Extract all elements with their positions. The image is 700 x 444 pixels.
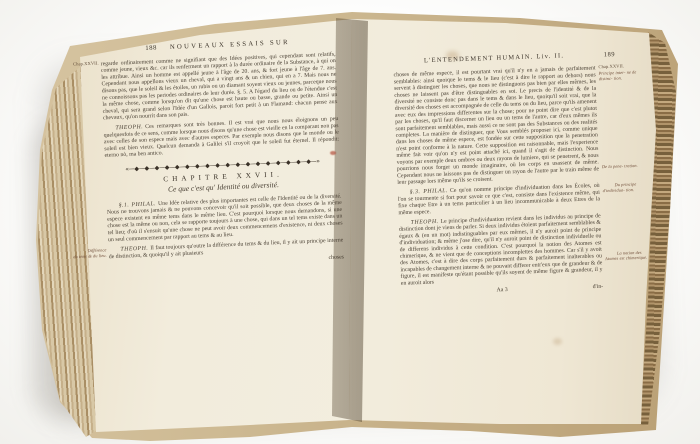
paragraph: La notion des Atomes est chimerique. THE…: [399, 212, 603, 286]
paragraph-text: Ces remarques sont très bonnes. Il est v…: [104, 115, 340, 158]
margin-note-chapter: Chap.XXVII.: [63, 60, 99, 67]
foxing-stain: [553, 338, 562, 345]
left-folio: 188: [145, 44, 157, 51]
margin-note: La notion des Atomes est chimerique.: [605, 250, 650, 262]
paragraph: Du principe d'individua- tion. §.3. PHIL…: [398, 182, 601, 216]
left-page-text: 188 NOUVEAUX ESSAIS SUR Chap.XXVII. rega…: [62, 36, 347, 271]
paragraph: Chap.XXVII. regarde ordinairement comme …: [101, 50, 338, 121]
paragraph: THEOPH.Ces remarques sont très bonnes. I…: [103, 115, 339, 159]
margin-note: Différence du tems & du lieu.: [70, 247, 106, 259]
paragraph: Chap.XXVII. Principe inter- ne de distin…: [393, 65, 599, 186]
photo-of-open-book: 188 NOUVEAUX ESSAIS SUR Chap.XXVII. rega…: [0, 0, 700, 444]
margin-note: Principe inter- ne de distinc- tion.: [599, 69, 644, 81]
paragraph-text: choses de même espece, il est pourtant v…: [393, 65, 599, 186]
margin-note: Du principe d'individua- tion.: [602, 181, 647, 193]
gathering-signature: Aa 3: [496, 286, 507, 293]
catchword: d'in-: [593, 283, 604, 290]
right-folio: 189: [604, 51, 615, 58]
paragraph-text: regarde ordinairement comme ne signifian…: [101, 50, 338, 121]
right-page-text: L'ENTENDEMENT HUMAIN. Liv. II. 189 Chap.…: [390, 51, 604, 297]
paragraph: §.1. PHILAL.Une Idée relative des plus i…: [106, 192, 343, 243]
